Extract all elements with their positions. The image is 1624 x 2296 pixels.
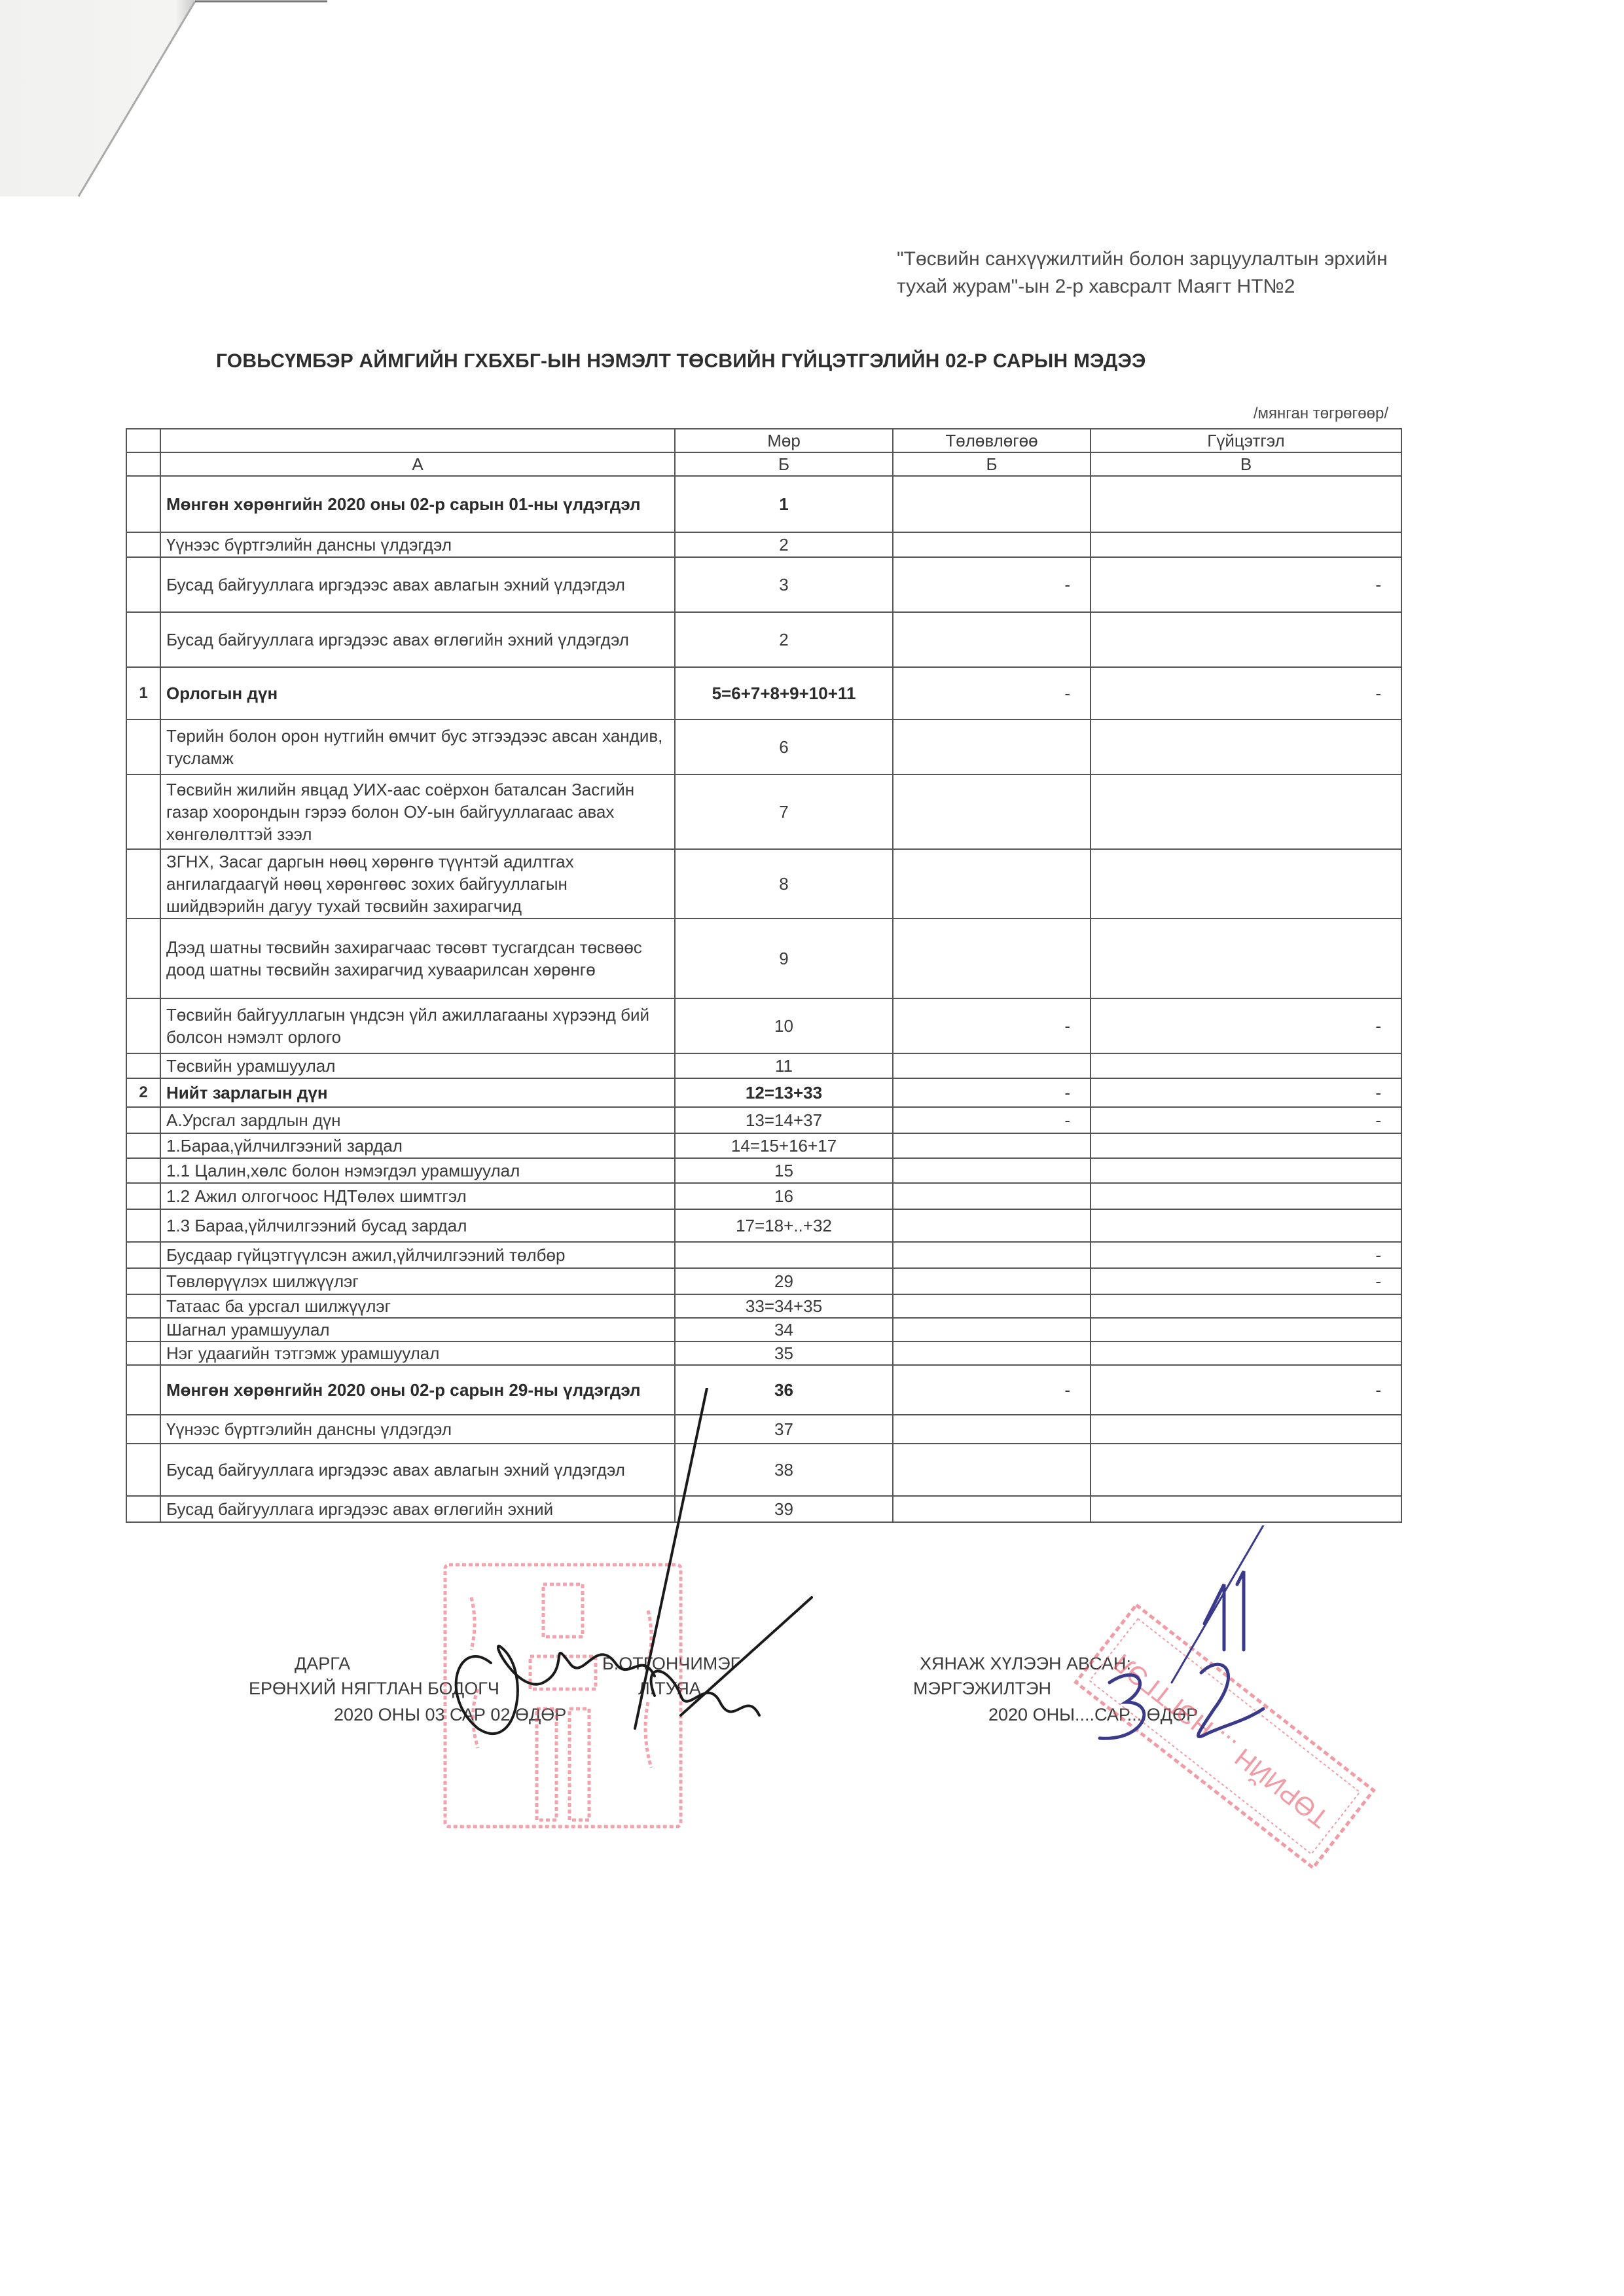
header-row-code: Мөр — [675, 429, 893, 452]
row-label: Нэг удаагийн тэтгэмж урамшуулал — [160, 1341, 675, 1365]
subheader-actual: В — [1091, 452, 1401, 476]
table-row: Төвлөрүүлэх шилжүүлэг29- — [126, 1268, 1401, 1294]
row-code: 16 — [675, 1183, 893, 1209]
row-label: Шагнал урамшуулал — [160, 1318, 675, 1341]
row-label: Нийт зарлагын дүн — [160, 1078, 675, 1107]
subheader-label: А — [160, 452, 675, 476]
row-code: 17=18+..+32 — [675, 1209, 893, 1242]
table-row: 1.3 Бараа,үйлчилгээний бусад зардал17=18… — [126, 1209, 1401, 1242]
table-row: Дээд шатны төсвийн захирагчаас төсөвт ту… — [126, 919, 1401, 998]
row-code: 39 — [675, 1496, 893, 1522]
row-label: Мөнгөн хөрөнгийн 2020 оны 02-р сарын 29-… — [160, 1365, 675, 1415]
row-label: 1.3 Бараа,үйлчилгээний бусад зардал — [160, 1209, 675, 1242]
actual-value: - — [1091, 667, 1401, 720]
row-label: Бусад байгууллага иргэдээс авах авлагын … — [160, 557, 675, 612]
header-label — [160, 429, 675, 452]
row-code: 13=14+37 — [675, 1107, 893, 1133]
header-actual: Гүйцэтгэл — [1091, 429, 1401, 452]
plan-value — [893, 612, 1091, 667]
actual-value: - — [1091, 557, 1401, 612]
actual-value — [1091, 1294, 1401, 1318]
table-row: Бусад байгууллага иргэдээс авах өглөгийн… — [126, 1496, 1401, 1522]
plan-value — [893, 1242, 1091, 1268]
plan-value — [893, 1318, 1091, 1341]
actual-value — [1091, 1133, 1401, 1158]
row-number — [126, 1209, 160, 1242]
actual-value — [1091, 1341, 1401, 1365]
left-sign-date: 2020 ОНЫ 03 САР 02 ӨДӨР — [334, 1702, 566, 1727]
table-row: Бусад байгууллага иргэдээс авах авлагын … — [126, 1444, 1401, 1496]
plan-value — [893, 774, 1091, 849]
row-code — [675, 1242, 893, 1268]
actual-value — [1091, 532, 1401, 557]
right-signature-block: ХЯНАЖ ХҮЛЭЭН АВСАН: МЭРГЭЖИЛТЭН 2020 ОНЫ… — [920, 1651, 1378, 1730]
subheader-row-code: Б — [675, 452, 893, 476]
plan-value: - — [893, 1107, 1091, 1133]
row-label: ЗГНХ, Засаг даргын нөөц хөрөнгө түүнтэй … — [160, 849, 675, 919]
row-label: Бусад байгууллага иргэдээс авах авлагын … — [160, 1444, 675, 1496]
subheader-plan: Б — [893, 452, 1091, 476]
regulation-reference: "Төсвийн санхүүжилтийн болон зарцуулалты… — [897, 246, 1394, 301]
table-row: Татаас ба урсгал шилжүүлэг33=34+35 — [126, 1294, 1401, 1318]
plan-value — [893, 1133, 1091, 1158]
row-label: Мөнгөн хөрөнгийн 2020 оны 02-р сарын 01-… — [160, 476, 675, 532]
table-row: Нэг удаагийн тэтгэмж урамшуулал35 — [126, 1341, 1401, 1365]
row-number — [126, 1133, 160, 1158]
table-row: ЗГНХ, Засаг даргын нөөц хөрөнгө түүнтэй … — [126, 849, 1401, 919]
row-label: Үүнээс бүртгэлийн дансны үлдэгдэл — [160, 532, 675, 557]
row-label: Төвлөрүүлэх шилжүүлэг — [160, 1268, 675, 1294]
row-label: 1.2 Ажил олгогчоос НДТөлөх шимтгэл — [160, 1183, 675, 1209]
table-row: А.Урсгал зардлын дүн13=14+37-- — [126, 1107, 1401, 1133]
table-row: Үүнээс бүртгэлийн дансны үлдэгдэл2 — [126, 532, 1401, 557]
document-title: ГОВЬСҮМБЭР АЙМГИЙН ГХБХБГ-ЫН НЭМЭЛТ ТӨСВ… — [216, 350, 1394, 373]
header-num — [126, 429, 160, 452]
row-code: 8 — [675, 849, 893, 919]
received-stamp: ТӨРИЙН ... НЭГТГЭЛ — [1034, 1584, 1401, 1886]
row-code: 6 — [675, 720, 893, 774]
row-number — [126, 532, 160, 557]
row-label: Татаас ба урсгал шилжүүлэг — [160, 1294, 675, 1318]
director-title: ДАРГА — [295, 1651, 350, 1676]
row-label: Дээд шатны төсвийн захирагчаас төсөвт ту… — [160, 919, 675, 998]
left-signature-block: ДАРГА Б.ОТГОНЧИМЭГ ЕРӨНХИЙ НЯГТЛАН БОДОГ… — [295, 1651, 831, 1730]
actual-value — [1091, 612, 1401, 667]
row-code: 7 — [675, 774, 893, 849]
actual-value — [1091, 1183, 1401, 1209]
plan-value: - — [893, 1078, 1091, 1107]
row-code: 34 — [675, 1318, 893, 1341]
actual-value: - — [1091, 1365, 1401, 1415]
row-code: 11 — [675, 1053, 893, 1078]
row-number — [126, 1365, 160, 1415]
row-number — [126, 1107, 160, 1133]
plan-value: - — [893, 667, 1091, 720]
table-row: Төсвийн байгууллагын үндсэн үйл ажиллага… — [126, 998, 1401, 1053]
row-number — [126, 1496, 160, 1522]
plan-value — [893, 1341, 1091, 1365]
row-code: 14=15+16+17 — [675, 1133, 893, 1158]
row-number — [126, 1318, 160, 1341]
table-row: Төсвийн жилийн явцад УИХ-аас соёрхон бат… — [126, 774, 1401, 849]
plan-value: - — [893, 1365, 1091, 1415]
row-code: 37 — [675, 1415, 893, 1444]
row-code: 35 — [675, 1341, 893, 1365]
row-code: 36 — [675, 1365, 893, 1415]
table-row: 1.1 Цалин,хөлс болон нэмэгдэл урамшуулал… — [126, 1158, 1401, 1183]
table-row: Бусдаар гүйцэтгүүлсэн ажил,үйлчилгээний … — [126, 1242, 1401, 1268]
plan-value — [893, 1053, 1091, 1078]
table-subheader-row: А Б Б В — [126, 452, 1401, 476]
table-row: Бусад байгууллага иргэдээс авах авлагын … — [126, 557, 1401, 612]
row-code: 38 — [675, 1444, 893, 1496]
actual-value: - — [1091, 998, 1401, 1053]
plan-value — [893, 1415, 1091, 1444]
row-number — [126, 774, 160, 849]
plan-value — [893, 919, 1091, 998]
row-code: 12=13+33 — [675, 1078, 893, 1107]
plan-value — [893, 1209, 1091, 1242]
header-plan: Төлөвлөгөө — [893, 429, 1091, 452]
row-label: 1.1 Цалин,хөлс болон нэмэгдэл урамшуулал — [160, 1158, 675, 1183]
row-number — [126, 720, 160, 774]
plan-value — [893, 1183, 1091, 1209]
row-number — [126, 1268, 160, 1294]
row-label: Бусад байгууллага иргэдээс авах өглөгийн… — [160, 612, 675, 667]
budget-report-table: Мөр Төлөвлөгөө Гүйцэтгэл А Б Б В Мөнгөн … — [126, 428, 1402, 1523]
actual-value: - — [1091, 1268, 1401, 1294]
row-code: 9 — [675, 919, 893, 998]
subheader-num — [126, 452, 160, 476]
plan-value — [893, 1294, 1091, 1318]
actual-value — [1091, 1209, 1401, 1242]
row-number — [126, 1242, 160, 1268]
row-number — [126, 476, 160, 532]
row-number — [126, 1341, 160, 1365]
plan-value — [893, 1444, 1091, 1496]
row-number — [126, 919, 160, 998]
table-row: Мөнгөн хөрөнгийн 2020 оны 02-р сарын 29-… — [126, 1365, 1401, 1415]
row-number — [126, 849, 160, 919]
chief-accountant-title: ЕРӨНХИЙ НЯГТЛАН БОДОГЧ — [249, 1676, 499, 1701]
row-number — [126, 1415, 160, 1444]
chief-accountant-name: Л.ТУЯА — [638, 1676, 701, 1701]
row-label: А.Урсгал зардлын дүн — [160, 1107, 675, 1133]
actual-value — [1091, 1496, 1401, 1522]
table-row: Төрийн болон орон нутгийн өмчит бус этгэ… — [126, 720, 1401, 774]
row-number — [126, 1444, 160, 1496]
plan-value — [893, 849, 1091, 919]
row-code: 29 — [675, 1268, 893, 1294]
table-row: 1Орлогын дүн5=6+7+8+9+10+11-- — [126, 667, 1401, 720]
table-row: Мөнгөн хөрөнгийн 2020 оны 02-р сарын 01-… — [126, 476, 1401, 532]
row-code: 5=6+7+8+9+10+11 — [675, 667, 893, 720]
actual-value — [1091, 1158, 1401, 1183]
row-code: 1 — [675, 476, 893, 532]
table-row: Төсвийн урамшуулал11 — [126, 1053, 1401, 1078]
plan-value — [893, 1496, 1091, 1522]
row-number — [126, 1294, 160, 1318]
plan-value: - — [893, 557, 1091, 612]
plan-value — [893, 476, 1091, 532]
row-number — [126, 1183, 160, 1209]
unit-note: /мянган төгрөгөөр/ — [1254, 405, 1388, 423]
row-number — [126, 557, 160, 612]
actual-value — [1091, 1318, 1401, 1341]
row-code: 2 — [675, 612, 893, 667]
actual-value — [1091, 476, 1401, 532]
row-code: 33=34+35 — [675, 1294, 893, 1318]
table-row: Шагнал урамшуулал34 — [126, 1318, 1401, 1341]
table-row: Үүнээс бүртгэлийн дансны үлдэгдэл37 — [126, 1415, 1401, 1444]
table-row: 1.2 Ажил олгогчоос НДТөлөх шимтгэл16 — [126, 1183, 1401, 1209]
actual-value: - — [1091, 1242, 1401, 1268]
plan-value — [893, 1158, 1091, 1183]
row-label: Бусдаар гүйцэтгүүлсэн ажил,үйлчилгээний … — [160, 1242, 675, 1268]
right-sign-date: 2020 ОНЫ....САР....ӨДӨР — [988, 1702, 1198, 1727]
actual-value — [1091, 774, 1401, 849]
actual-value — [1091, 1053, 1401, 1078]
row-label: 1.Бараа,үйлчилгээний зардал — [160, 1133, 675, 1158]
actual-value — [1091, 720, 1401, 774]
row-label: Үүнээс бүртгэлийн дансны үлдэгдэл — [160, 1415, 675, 1444]
plan-value — [893, 1268, 1091, 1294]
received-by-label: ХЯНАЖ ХҮЛЭЭН АВСАН: — [920, 1651, 1131, 1676]
actual-value — [1091, 849, 1401, 919]
row-code: 2 — [675, 532, 893, 557]
row-label: Бусад байгууллага иргэдээс авах өглөгийн… — [160, 1496, 675, 1522]
row-number — [126, 1053, 160, 1078]
actual-value — [1091, 919, 1401, 998]
row-code: 3 — [675, 557, 893, 612]
plan-value — [893, 720, 1091, 774]
row-number — [126, 1158, 160, 1183]
actual-value: - — [1091, 1078, 1401, 1107]
table-row: 1.Бараа,үйлчилгээний зардал14=15+16+17 — [126, 1133, 1401, 1158]
table-row: Бусад байгууллага иргэдээс авах өглөгийн… — [126, 612, 1401, 667]
actual-value: - — [1091, 1107, 1401, 1133]
row-label: Төсвийн байгууллагын үндсэн үйл ажиллага… — [160, 998, 675, 1053]
row-number — [126, 998, 160, 1053]
table-row: 2Нийт зарлагын дүн12=13+33-- — [126, 1078, 1401, 1107]
row-number — [126, 612, 160, 667]
director-name: Б.ОТГОНЧИМЭГ — [602, 1651, 740, 1676]
row-code: 10 — [675, 998, 893, 1053]
row-label: Орлогын дүн — [160, 667, 675, 720]
row-code: 15 — [675, 1158, 893, 1183]
plan-value — [893, 532, 1091, 557]
row-label: Төрийн болон орон нутгийн өмчит бус этгэ… — [160, 720, 675, 774]
table-header-row: Мөр Төлөвлөгөө Гүйцэтгэл — [126, 429, 1401, 452]
row-label: Төсвийн жилийн явцад УИХ-аас соёрхон бат… — [160, 774, 675, 849]
actual-value — [1091, 1415, 1401, 1444]
actual-value — [1091, 1444, 1401, 1496]
plan-value: - — [893, 998, 1091, 1053]
row-number: 1 — [126, 667, 160, 720]
specialist-label: МЭРГЭЖИЛТЭН — [913, 1676, 1051, 1701]
row-number: 2 — [126, 1078, 160, 1107]
row-label: Төсвийн урамшуулал — [160, 1053, 675, 1078]
